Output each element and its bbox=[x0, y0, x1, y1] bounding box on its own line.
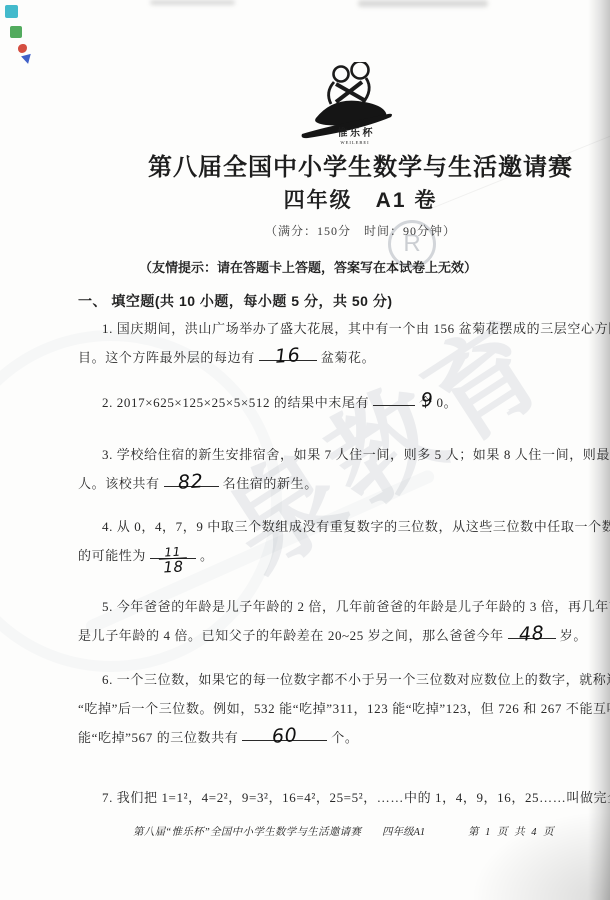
answer-blank: 82 bbox=[164, 469, 219, 487]
notice-line: （友情提示：请在答题卡上答题，答案写在本试卷上无效） bbox=[48, 257, 568, 276]
logo-title: 惟 乐 杯 bbox=[338, 126, 374, 139]
question-7: 7. 我们把 1=1²，4=2²，9=3²，16=4²，25=5²，……中的 1… bbox=[78, 783, 610, 812]
logo-subtitle: WEILEBEI bbox=[340, 140, 369, 145]
question-5-line-1: 5. 今年爸爸的年龄是儿子年龄的 2 倍，几年前爸爸的年龄是儿子年龄的 3 倍，… bbox=[78, 592, 610, 621]
question-6-line-1: 6. 一个三位数，如果它的每一位数字都不小于另一个三位数对应数位上的数字，就称这… bbox=[78, 665, 610, 694]
stamp-green-icon bbox=[10, 26, 22, 38]
page-title: 第八届全国中小学生数学与生活邀请赛 bbox=[138, 147, 583, 182]
score-time-line: （满分：150分 时间：90分钟） bbox=[138, 222, 583, 239]
question-2-line-1: 2. 2017×625×125×25×5×512 的结果中末尾有9个 0。 bbox=[78, 388, 610, 417]
question-text: 名住宿的新生。 bbox=[223, 476, 318, 491]
question-6-line-3: 能“吃掉”567 的三位数共有60个。 bbox=[78, 723, 610, 752]
logo-figures-hat-icon: 惟 乐 杯 WEILEBEI bbox=[298, 62, 408, 148]
answer-blank: 9 bbox=[373, 388, 415, 406]
footer-grade-paper: 四年级A1 bbox=[382, 824, 425, 839]
exam-page: 泉教育 R 惟 乐 杯 WEILEBEI 第八届全国中小学生数学与生活邀请赛 四… bbox=[0, 0, 610, 900]
question-1: 1. 国庆期间，洪山广场举办了盛大花展，其中有一个由 156 盆菊花摆成的三层空… bbox=[78, 314, 610, 372]
handwritten-answer: 16 bbox=[275, 348, 301, 365]
question-text: 目。这个方阵最外层的每边有 bbox=[78, 350, 255, 365]
question-3-line-2: 人。该校共有82名住宿的新生。 bbox=[78, 469, 610, 498]
question-5-line-2: 是儿子年龄的 4 倍。已知父子的年龄差在 20~25 岁之间，那么爸爸今年48岁… bbox=[78, 621, 610, 650]
stamp-cyan-icon bbox=[5, 5, 18, 18]
question-text: 人。该校共有 bbox=[78, 476, 160, 491]
handwritten-fraction-answer: 1118 bbox=[158, 546, 188, 575]
question-text: 是儿子年龄的 4 倍。已知父子的年龄差在 20~25 岁之间，那么爸爸今年 bbox=[78, 628, 504, 643]
question-4-line-2: 的可能性为1118。 bbox=[78, 541, 610, 570]
handwritten-answer: 60 bbox=[272, 728, 298, 745]
section-heading: 一、 填空题(共 10 小题，每小题 5 分，共 50 分) bbox=[78, 291, 392, 311]
scan-top-smudge bbox=[358, 0, 488, 7]
handwritten-answer: 48 bbox=[519, 626, 545, 643]
answer-blank: 48 bbox=[508, 621, 556, 639]
stamp-blue-triangle-icon bbox=[21, 54, 33, 65]
question-text: 的可能性为 bbox=[78, 548, 146, 563]
question-7-line-1: 7. 我们把 1=1²，4=2²，9=3²，16=4²，25=5²，……中的 1… bbox=[78, 783, 610, 812]
question-3-line-1: 3. 学校给住宿的新生安排宿舍，如果 7 人住一间，则多 5 人；如果 8 人住… bbox=[78, 440, 610, 469]
question-3: 3. 学校给住宿的新生安排宿舍，如果 7 人住一间，则多 5 人；如果 8 人住… bbox=[78, 440, 610, 498]
question-6: 6. 一个三位数，如果它的每一位数字都不小于另一个三位数对应数位上的数字，就称这… bbox=[78, 665, 610, 752]
question-text: 盆菊花。 bbox=[321, 350, 375, 365]
question-4-line-1: 4. 从 0，4，7，9 中取三个数组成没有重复数字的三位数，从这些三位数中任取… bbox=[78, 512, 610, 541]
question-1-line-1: 1. 国庆期间，洪山广场举办了盛大花展，其中有一个由 156 盆菊花摆成的三层空… bbox=[78, 314, 610, 343]
fraction-denominator: 18 bbox=[159, 557, 188, 575]
answer-blank: 16 bbox=[259, 343, 317, 361]
question-text: 。 bbox=[200, 548, 214, 563]
stamp-red-icon bbox=[18, 44, 27, 53]
footer-contest-name: 第八届“惟乐杯”全国中小学生数学与生活邀请赛 bbox=[133, 824, 361, 839]
page-footer: 第八届“惟乐杯”全国中小学生数学与生活邀请赛 四年级A1 第 1 页 共 4 页 bbox=[0, 824, 610, 846]
contest-logo: 惟 乐 杯 WEILEBEI bbox=[298, 62, 408, 148]
footer-page-number: 第 1 页 共 4 页 bbox=[468, 824, 556, 839]
handwritten-answer: 9 bbox=[397, 393, 435, 411]
scan-top-smudge bbox=[150, 0, 235, 5]
answer-blank: 1118 bbox=[150, 541, 196, 559]
question-4: 4. 从 0，4，7，9 中取三个数组成没有重复数字的三位数，从这些三位数中任取… bbox=[78, 512, 610, 570]
question-6-line-2: “吃掉”后一个三位数。例如，532 能“吃掉”311，123 能“吃掉”123，… bbox=[78, 694, 610, 723]
question-2: 2. 2017×625×125×25×5×512 的结果中末尾有9个 0。 bbox=[78, 388, 610, 417]
question-5: 5. 今年爸爸的年龄是儿子年龄的 2 倍，几年前爸爸的年龄是儿子年龄的 3 倍，… bbox=[78, 592, 610, 650]
answer-blank: 60 bbox=[242, 723, 327, 741]
question-text: 岁。 bbox=[560, 628, 587, 643]
question-1-line-2: 目。这个方阵最外层的每边有16盆菊花。 bbox=[78, 343, 610, 372]
grade-paper-subtitle: 四年级 A1 卷 bbox=[138, 184, 583, 214]
question-text: 个。 bbox=[331, 730, 358, 745]
question-text: 2. 2017×625×125×25×5×512 的结果中末尾有 bbox=[102, 395, 369, 410]
question-text: 能“吃掉”567 的三位数共有 bbox=[78, 730, 238, 745]
handwritten-answer: 82 bbox=[178, 474, 204, 491]
